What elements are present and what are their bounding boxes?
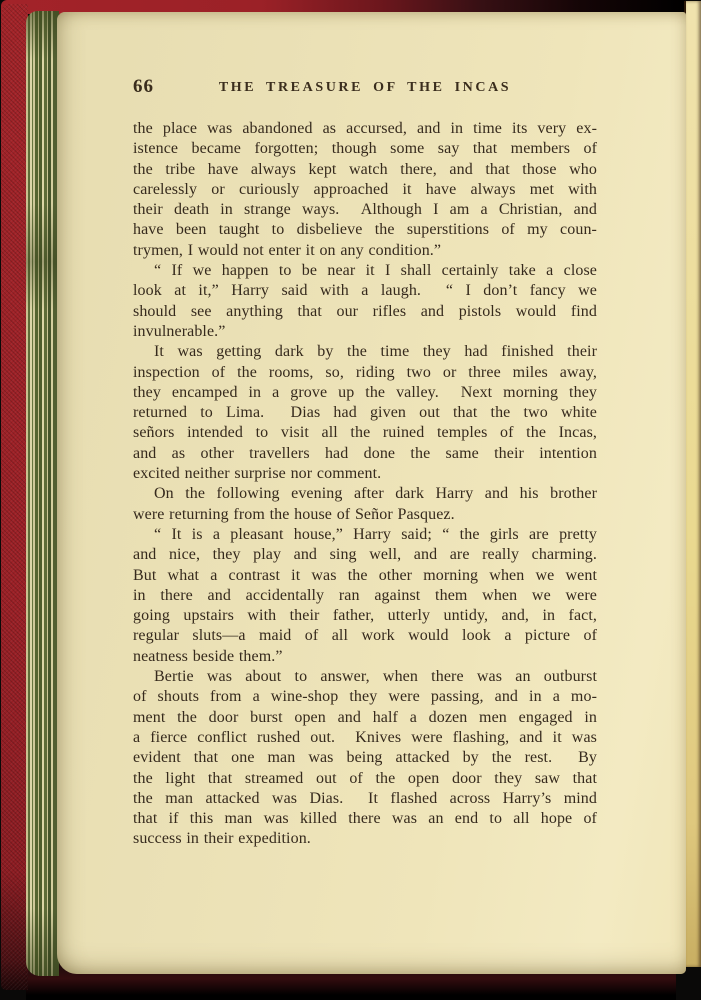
text-line: istence became forgotten; though some sa… [133,139,597,159]
text-line: inspection of the rooms, so, riding two … [133,363,597,383]
text-line: the man attacked was Dias. It flashed ac… [133,789,597,809]
paragraph: On the following evening after dark Harr… [133,484,597,525]
paragraph: “ It is a pleasant house,” Harry said; “… [133,525,597,667]
text-line: evident that one man was being attacked … [133,748,597,768]
text-line: look at it,” Harry said with a laugh. “ … [133,281,597,301]
page-content: 66 THE TREASURE OF THE INCAS the place w… [133,78,597,850]
text-line: their death in strange ways. Although I … [133,200,597,220]
text-line: regular sluts—a maid of all work would l… [133,626,597,646]
text-line: they encamped in a grove up the valley. … [133,383,597,403]
text-line: It was getting dark by the time they had… [133,342,597,362]
page-number: 66 [133,76,154,98]
text-line: the tribe have always kept watch there, … [133,160,597,180]
text-line: going upstairs with their father, utterl… [133,606,597,626]
text-line: Bertie was about to answer, when there w… [133,667,597,687]
text-line: carelessly or curiously approached it ha… [133,180,597,200]
page-header: 66 THE TREASURE OF THE INCAS [133,78,597,98]
paragraph: It was getting dark by the time they had… [133,342,597,484]
text-line: of shouts from a wine-shop they were pas… [133,687,597,707]
text-line: the place was abandoned as accursed, and… [133,119,597,139]
page-text: the place was abandoned as accursed, and… [133,119,597,850]
paragraph: Bertie was about to answer, when there w… [133,667,597,850]
paragraph: “ If we happen to be near it I shall cer… [133,261,597,342]
running-header: THE TREASURE OF THE INCAS [133,78,597,96]
text-line: the light that streamed out of the open … [133,769,597,789]
paragraph: the place was abandoned as accursed, and… [133,119,597,261]
text-line: should see anything that our rifles and … [133,302,597,322]
book-page: 66 THE TREASURE OF THE INCAS the place w… [57,12,686,974]
next-page-edge [684,1,701,967]
text-line: were returning from the house of Señor P… [133,505,597,525]
text-line: that if this man was killed there was an… [133,809,597,829]
text-line: trymen, I would not enter it on any cond… [133,241,597,261]
text-line: and as other travellers had done the sam… [133,444,597,464]
text-line: success in their expedition. [133,829,597,849]
text-line: have been taught to disbelieve the super… [133,220,597,240]
text-line: in there and accidentally ran against th… [133,586,597,606]
page-edges-left [26,11,59,976]
text-line: señors intended to visit all the ruined … [133,423,597,443]
text-line: neatness beside them.” [133,647,597,667]
scanned-book-photo: 66 THE TREASURE OF THE INCAS the place w… [0,0,701,1000]
text-line: a fierce conflict rushed out. Knives wer… [133,728,597,748]
text-line: But what a contrast it was the other mor… [133,566,597,586]
text-line: “ If we happen to be near it I shall cer… [133,261,597,281]
text-line: returned to Lima. Dias had given out tha… [133,403,597,423]
text-line: “ It is a pleasant house,” Harry said; “… [133,525,597,545]
text-line: and nice, they play and sing well, and a… [133,545,597,565]
book-cover-left-edge [1,4,28,990]
text-line: excited neither surprise nor comment. [133,464,597,484]
text-line: invulnerable.” [133,322,597,342]
text-line: On the following evening after dark Harr… [133,484,597,504]
text-line: ment the door burst open and half a doze… [133,708,597,728]
